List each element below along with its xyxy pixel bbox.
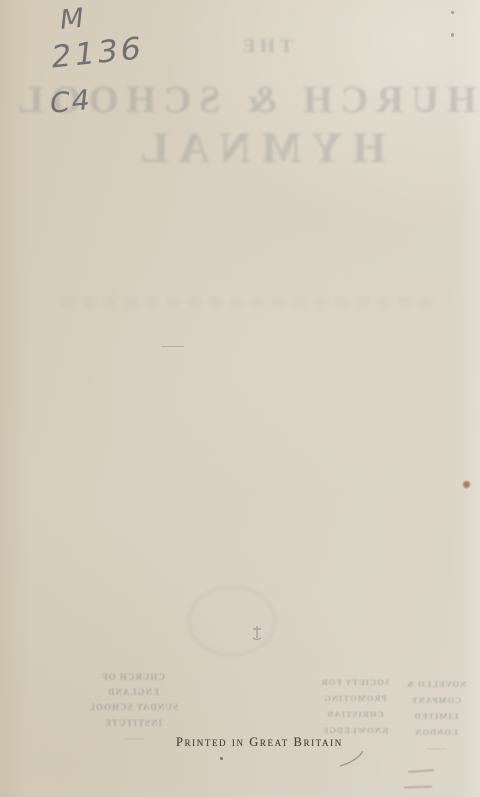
smudge-dash-lower <box>404 786 432 789</box>
paper-speck <box>451 33 454 37</box>
imprint-line: CHURCH OF <box>58 670 208 685</box>
paper-speck <box>451 11 454 14</box>
show-through-imprint-column-middle: SOCIETY FOR PROMOTING CHRISTIAN KNOWLEDG… <box>318 674 392 738</box>
show-through-title-the: THE <box>165 36 365 58</box>
scanned-book-page: M 2136 C4 THE CHURCH & SCHOOL HYMNAL CHU… <box>0 0 480 797</box>
show-through-title-hymnal: HYMNAL <box>150 124 386 173</box>
call-number-line-1: M <box>58 5 85 34</box>
imprint-line: ENGLAND <box>58 685 208 700</box>
emblem-anchor-mark <box>251 625 263 646</box>
imprint-line: INSTITUTE <box>58 716 208 731</box>
pencil-curve-mark <box>336 749 366 774</box>
foxing-spot <box>462 480 471 489</box>
imprint-line: –––– <box>403 740 469 756</box>
imprint-line: SUNDAY SCHOOL <box>58 700 208 715</box>
faint-scratch-mark <box>162 346 184 347</box>
call-number-line-2: 2136 <box>50 33 146 73</box>
imprint-line: LIMITED <box>403 708 469 724</box>
imprint-line: PROMOTING <box>318 690 392 706</box>
show-through-faint-band <box>62 298 438 307</box>
printed-in-great-britain-line: Printed in Great Britain <box>176 735 343 750</box>
imprint-line: COMPANY <box>403 692 469 708</box>
imprint-line: SOCIETY FOR <box>318 674 392 690</box>
show-through-title-main: CHURCH & SCHOOL <box>48 78 480 122</box>
imprint-line: CHRISTIAN <box>318 706 392 722</box>
imprint-line: NOVELLO & <box>403 676 469 692</box>
smudge-dash-upper <box>408 769 434 773</box>
ink-speck <box>220 757 223 760</box>
show-through-imprint-column-right: NOVELLO & COMPANY LIMITED LONDON –––– <box>403 676 469 756</box>
imprint-line: LONDON <box>403 724 469 740</box>
